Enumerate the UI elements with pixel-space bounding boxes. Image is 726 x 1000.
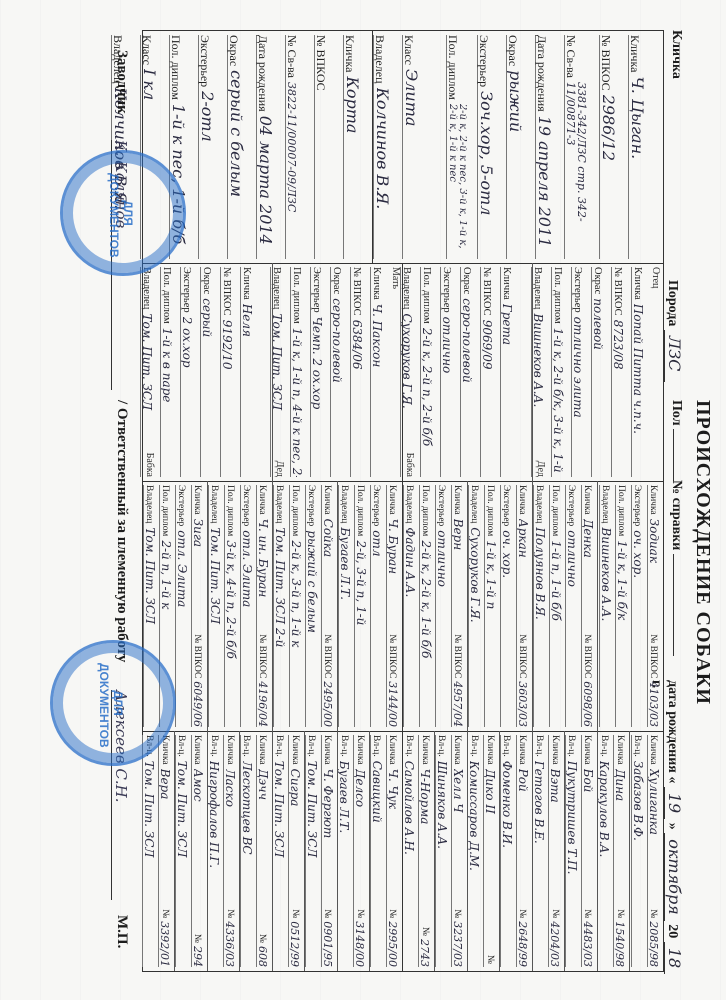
field: Пол. диплом2-й к, 2-й к, 1-й б/б bbox=[419, 485, 435, 727]
mother-dob-field: Дата рождения04 марта 2014 bbox=[256, 35, 285, 259]
field: ВладелецТом. Пит. ЗСЛ bbox=[270, 267, 290, 477]
field: № ВПКОС6384/06 bbox=[350, 267, 370, 477]
field: КличкаБой№4483/03 bbox=[581, 735, 597, 967]
field: Экстерьер2 ох.хор bbox=[180, 267, 200, 477]
field-value: отл. Элита bbox=[241, 530, 253, 727]
field: Пол. диплом1-й к, 1-й п, 4-й к пес, 2-й … bbox=[290, 267, 310, 477]
field-value: 1-й к в паре bbox=[161, 328, 173, 477]
field: КличкаДенка№ ВПКОС6098/06 bbox=[581, 485, 597, 727]
field-value: Пукутришев Т.П. bbox=[566, 761, 578, 967]
field-value: Чемп. 2 ох.хор bbox=[311, 317, 323, 477]
great-grandparent-block: КличкаЗодиак№ ВПКОС4103/03Экстерьероч. х… bbox=[598, 481, 663, 731]
father-svid-field: № Св-ва3381-342/ЛЗС стр. 342-11/00871-3 bbox=[564, 35, 599, 259]
field: Экстерьеротл. Элита bbox=[240, 485, 256, 727]
mother-color-field: Окрассерый с белым bbox=[227, 35, 256, 259]
field-value: оч. хор. bbox=[501, 530, 513, 727]
field: ВладелецВишнеков А.А. bbox=[531, 267, 551, 477]
great-great-grandparent-block: КличкаРой№2648/99Вл-ц.Фоменко В.И. bbox=[500, 731, 534, 971]
field: КличкаРой№2648/99 bbox=[516, 735, 532, 967]
field: Экстерьеротл bbox=[370, 485, 386, 727]
field: Вл-ц.Пукутришев Т.П. bbox=[565, 735, 581, 967]
field: КличкаХулиганка№2085/98 bbox=[647, 735, 663, 967]
father-block: КличкаЧ. Цыган. № ВПКОС2986/12 № Св-ва33… bbox=[433, 31, 663, 263]
field-value: Вэта bbox=[550, 769, 562, 907]
father-dob: 19 апреля 2011 bbox=[536, 116, 552, 259]
great-grandparent-block: КличкаВерн№ ВПКОС4957/04Экстерьеротлично… bbox=[402, 481, 468, 731]
header-sex-field: Пол bbox=[668, 400, 684, 481]
header-name-field: Кличка bbox=[668, 30, 684, 79]
great-great-grandparent-block: КличкаЧ-Норма№2743Вл-ц.Самойлов А.Н. bbox=[402, 731, 436, 971]
great-grandparent-block: КличкаЧ. ин. Буран№ ВПКОС4196/04Экстерье… bbox=[207, 481, 273, 731]
header-sex-value bbox=[673, 429, 674, 481]
field: КличкаДико II№ bbox=[484, 735, 500, 967]
field: Вл-ц.Забазов В.Ф. bbox=[631, 735, 647, 967]
field: КличкаХелл Ч№3237/03 bbox=[451, 735, 467, 967]
field-value: Денка bbox=[582, 519, 594, 632]
self-exterior-field: ЭкстерьерЗоч.хор, 5-отл bbox=[477, 35, 506, 259]
field: Пол. диплом1-й к, 1-й п bbox=[484, 485, 500, 727]
field-value: 2-й к, 2-й п, 2-й б/б bbox=[421, 328, 433, 477]
field: Вл-ц.Том. Пит. ЗСЛ bbox=[273, 735, 289, 967]
field: Окрассеро-полевой bbox=[460, 267, 480, 477]
field: Вл-ц.Гетогов В.Е. bbox=[533, 735, 549, 967]
header-ref-value bbox=[673, 554, 674, 656]
field-value: Гетогов В.Е. bbox=[534, 761, 546, 967]
self-exterior: Зоч.хор, 5-отл bbox=[478, 91, 494, 259]
field-value: Том. Пит. ЗСЛ bbox=[274, 761, 286, 967]
field: Вл-ц.Нигрофалов П.Г. bbox=[208, 735, 224, 967]
field-value: Бугаев Л.Т. bbox=[339, 761, 351, 967]
great-great-grandparent-block: КличкаДико II№Вл-ц.Комиссаров Д.М. bbox=[467, 731, 501, 971]
field: Пол. диплом2-й к, 3-й п, 1-й к bbox=[289, 485, 305, 727]
field-value: Том. Пит. ЗСЛ bbox=[209, 527, 221, 727]
parents-column: КличкаЧ. Цыган. № ВПКОС2986/12 № Св-ва33… bbox=[143, 31, 663, 264]
field-value: отл bbox=[371, 530, 383, 727]
field-value: Комиссаров Д.М. bbox=[469, 761, 481, 967]
father-color: рыжий bbox=[507, 70, 523, 259]
field-value: отлично bbox=[436, 530, 448, 727]
mother-svid: 3822-11/00007-09/ЛЗС bbox=[286, 82, 297, 259]
field-value: Попай Питта ч.п.ч. bbox=[632, 304, 644, 477]
field: КличкаЗига№ ВПКОС6049/06 bbox=[191, 485, 207, 727]
field: КличкаЧ. Паксон bbox=[370, 267, 390, 477]
field-value: Ч. ин. Буран bbox=[257, 519, 269, 632]
grandparent-block-father-father: ДедКличкаПопай Питта ч.п.ч.№ ВПКОС8723/0… bbox=[533, 263, 663, 481]
father-color-field: Окрасрыжий bbox=[506, 35, 535, 259]
field: Вл-ц.Шиняков А.А. bbox=[435, 735, 451, 967]
field-value: Хулиганка bbox=[648, 769, 660, 907]
field-value: 8723/08 bbox=[612, 320, 624, 477]
field-value: Грета bbox=[501, 304, 513, 477]
field-value: отлично bbox=[441, 317, 453, 477]
field-value: Ч. Буран bbox=[387, 519, 399, 632]
field-value: Дэчч bbox=[257, 769, 269, 931]
field-value: Дико II bbox=[485, 769, 497, 952]
field: ВладелецТом. Пит. ЗСЛ bbox=[140, 267, 160, 477]
field-value: Бой bbox=[582, 769, 594, 907]
field: № ВПКОС9069/09 bbox=[480, 267, 500, 477]
field: Окрассеро-полевой bbox=[330, 267, 350, 477]
father-class-owner: КлассЭлита ВладелецКолчинов В.Я. bbox=[381, 31, 431, 263]
field-value: 3-й к, 4-й п, 2-й б/б bbox=[225, 540, 237, 727]
grandparent-block-father-mother: БабкаКличкаГрета№ ВПКОС9069/09Окрассеро-… bbox=[402, 263, 533, 481]
field-value: Сойка bbox=[322, 519, 334, 632]
field-value: Том. Пит. ЗСЛ 2-й bbox=[274, 527, 286, 727]
mother-color: серый с белым bbox=[228, 70, 244, 259]
field-value: оч. хор. bbox=[632, 530, 644, 727]
mother-exterior-field: Экстерьер2-отл bbox=[198, 35, 227, 259]
field: Пол. диплом2-й, 3-й п, 1-й bbox=[354, 485, 370, 727]
field: № ВПКОС9192/10 bbox=[220, 267, 240, 477]
self-diploma-field: Пол. диплом2-й к, 2-й к пес, 3-й к, 1-й … bbox=[446, 35, 477, 259]
header-dob-day: 19 bbox=[664, 787, 684, 819]
field-value: отлично элита bbox=[572, 317, 584, 477]
great-great-grandparent-block: КличкаБой№4483/03Вл-ц.Пукутришев Т.П. bbox=[565, 731, 599, 971]
great-great-grandparent-block: КличкаДина№1540/98Вл-ц.Каракулов В.А. bbox=[597, 731, 631, 971]
field-value: Савицкий bbox=[371, 761, 383, 967]
field: Вл-ц.Лескотцев ВС bbox=[240, 735, 256, 967]
father-name-field: КличкаЧ. Цыган. bbox=[628, 35, 657, 259]
field: КличкаСойка№ ВПКОС2495/00 bbox=[321, 485, 337, 727]
header-dob-year: 18 bbox=[664, 942, 684, 974]
field: КличкаЧ-Норма№2743 bbox=[419, 735, 435, 967]
field: КличкаВера№3392/01 bbox=[159, 735, 175, 967]
field-value: Ч. Паксон bbox=[371, 304, 383, 477]
field-value: Хелл Ч bbox=[452, 769, 464, 907]
field-value: 9192/10 bbox=[221, 320, 233, 477]
field-value: Неля bbox=[241, 304, 253, 477]
field-value: 1-й к, 1-й п, 4-й к пес, 2-й б/б bbox=[291, 328, 303, 477]
field-value: 1-й к, 1-й п bbox=[485, 540, 497, 727]
header-dob-mid: » bbox=[665, 823, 680, 830]
great-grandparent-block: КличкаСойка№ ВПКОС2495/00Экстерьеррыжий … bbox=[272, 481, 338, 731]
field: КличкаЧ. Буран№ ВПКОС3144/00 bbox=[386, 485, 402, 727]
great-great-grandparent-block: КличкаХулиганка№2085/98Вл-ц.Забазов В.Ф. bbox=[631, 731, 664, 971]
great-great-grandparent-block: КличкаЧ. Чук№2995/00Вл-ц.Савицкий bbox=[370, 731, 404, 971]
header-breed-field: Порода ЛЗС bbox=[664, 280, 684, 382]
grandparent-block-mother-father: ДедКличкаЧ. Паксон№ ВПКОС6384/06Окрассер… bbox=[272, 263, 403, 481]
field-value: Ч. Фергют bbox=[322, 769, 334, 907]
field-value: 2-й к, 3-й п, 1-й к bbox=[290, 540, 302, 727]
field-value: Фоменко В.И. bbox=[501, 761, 513, 967]
father-owner: Колчинов В.Я. bbox=[374, 88, 390, 260]
field-value: Ласко bbox=[225, 769, 237, 907]
field: ВладелецБугаев Л.Т. bbox=[338, 485, 354, 727]
field: ВладелецФадин А.А. bbox=[403, 485, 419, 727]
field: Экстерьеротлично bbox=[565, 485, 581, 727]
field: Экстерьероч. хор. bbox=[500, 485, 516, 727]
field: Экстерьеротлично bbox=[440, 267, 460, 477]
field-value: Рой bbox=[517, 769, 529, 907]
field: Вл-ц.Том. Пит. ЗСЛ bbox=[175, 735, 191, 967]
father-name: Ч. Цыган. bbox=[629, 76, 645, 259]
mother-svid-field: № Св-ва3822-11/00007-09/ЛЗС bbox=[285, 35, 314, 259]
field: КличкаЛаско№4336/03 bbox=[224, 735, 240, 967]
field-value: отлично bbox=[566, 530, 578, 727]
field-value: Фадин А.А. bbox=[404, 527, 416, 727]
header-ref-label: № справки bbox=[669, 480, 684, 550]
field-value: Делсо bbox=[355, 769, 367, 907]
field: Вл-ц.Том. Пит. ЗСЛ bbox=[143, 735, 159, 967]
field: Вл-ц.Фоменко В.И. bbox=[500, 735, 516, 967]
grandparents-column: Отец Мать ДедКличкаПопай Питта ч.п.ч.№ В… bbox=[143, 263, 663, 482]
field: КличкаАмос№294 bbox=[191, 735, 207, 967]
field-value: серо-полевой bbox=[461, 298, 473, 477]
field: ВладелецСухоруков Г.Я. bbox=[400, 267, 420, 477]
field: Экстерьеррыжий с белым bbox=[305, 485, 321, 727]
field: Пол. диплом1-й п, 1-й б/б bbox=[549, 485, 565, 727]
header-breed-label: Порода bbox=[665, 280, 680, 326]
mother-exterior: 2-отл bbox=[199, 91, 215, 259]
field: КличкаНеля bbox=[240, 267, 260, 477]
great-grandparent-block: КличкаЧ. Буран№ ВПКОС3144/00Экстерьеротл… bbox=[337, 481, 403, 731]
great-grandparent-block: КличкаАркан№ ВПКОС3603/03Экстерьероч. хо… bbox=[467, 481, 533, 731]
field: Экстерьеротлично элита bbox=[571, 267, 591, 477]
pedigree-table: КличкаЧ. Цыган. № ВПКОС2986/12 № Св-ва33… bbox=[142, 30, 664, 972]
role-label: Дед bbox=[274, 461, 285, 477]
field-value: Амос bbox=[192, 769, 204, 931]
responsible-label: / Ответственный за племенную работу bbox=[113, 400, 130, 662]
field-value: рыжий с белым bbox=[306, 530, 318, 727]
field: ВладелецТом. Пит. ЗСЛ 2-й bbox=[273, 485, 289, 727]
field: Окрасполевой bbox=[591, 267, 611, 477]
field-value: серо-полевой bbox=[331, 298, 343, 477]
role-label: Бабка bbox=[144, 453, 155, 477]
role-label: Дед bbox=[535, 461, 546, 477]
breeder-label: Заводчик bbox=[113, 50, 130, 114]
field-value: Каракулов В.А. bbox=[599, 761, 611, 967]
field: КличкаЗодиак№ ВПКОС4103/03 bbox=[647, 485, 663, 727]
great-great-grandparent-block: КличкаВера№3392/01Вл-ц.Том. Пит. ЗСЛ bbox=[142, 731, 176, 971]
field: КличкаПопай Питта ч.п.ч. bbox=[631, 267, 651, 477]
field: Экстерьеротл. Элита bbox=[175, 485, 191, 727]
field-value: 2 ох.хор bbox=[181, 317, 193, 477]
field-value: Том. Пит. ЗСЛ bbox=[144, 761, 156, 967]
field-value: Том. Пит. ЗСЛ bbox=[176, 761, 188, 967]
field-value: Вера bbox=[160, 769, 172, 907]
field-value: полевой bbox=[592, 298, 604, 477]
field: КличкаЧ. Фергют№0901/95 bbox=[321, 735, 337, 967]
field: КличкаВэта№4204/03 bbox=[549, 735, 565, 967]
field: Пол. диплом3-й к, 4-й п, 2-й б/б bbox=[224, 485, 240, 727]
field-value: Бугаев Л.Т. bbox=[339, 527, 351, 727]
great-great-grandparent-block: КличкаВэта№4204/03Вл-ц.Гетогов В.Е. bbox=[532, 731, 566, 971]
field-value: Ч-Норма bbox=[420, 769, 432, 924]
field: Пол. диплом1-й к, 1-й б/к bbox=[615, 485, 631, 727]
field-value: Сухоруков Г.Я. bbox=[469, 527, 481, 727]
header-name-label: Кличка bbox=[669, 30, 684, 79]
father-vpkos-field: № ВПКОС2986/12 bbox=[599, 35, 628, 259]
mother-name: Корта bbox=[344, 76, 360, 259]
father-vpkos: 2986/12 bbox=[600, 95, 616, 259]
great-great-grandparent-block: КличкаЛаско№4336/03Вл-ц.Нигрофалов П.Г. bbox=[207, 731, 241, 971]
role-label: Бабка bbox=[404, 453, 415, 477]
field-value: Зодиак bbox=[648, 519, 660, 632]
great-great-grandparent-block: КличкаДэчч№608Вл-ц.Лескотцев ВС bbox=[240, 731, 274, 971]
stamp-right: ДЛЯ ДОКУМЕНТОВ bbox=[50, 640, 176, 766]
field: Вл-ц.Самойлов А.Н. bbox=[403, 735, 419, 967]
great-grandparents-column: КличкаЗодиак№ ВПКОС4103/03Экстерьероч. х… bbox=[143, 481, 663, 732]
father-svid: 3381-342/ЛЗС стр. 342-11/00871-3 bbox=[565, 82, 587, 259]
grandparent-block-mother-mother: БабкаКличкаНеля№ ВПКОС9192/10ОкрассерыйЭ… bbox=[142, 263, 273, 481]
field: Пол. диплом1-й к в паре bbox=[160, 267, 180, 477]
field: Экстерьеротлично bbox=[435, 485, 451, 727]
self-diploma: 2-й к, 2-й к пес, 3-й к, 1-й к, 2-й к, 1… bbox=[447, 104, 467, 259]
field: ВладелецТом. Пит. ЗСЛ bbox=[208, 485, 224, 727]
field-value: Верн bbox=[452, 519, 464, 632]
field-value: 2-й к, 2-й к, 1-й б/б bbox=[420, 540, 432, 727]
field-value: Вишнеков А.А. bbox=[600, 527, 612, 727]
stamp-place-label: М.П. bbox=[113, 915, 130, 948]
field: КличкаЧ. ин. Буран№ ВПКОС4196/04 bbox=[256, 485, 272, 727]
pedigree-document: ПРОИСХОЖДЕНИЕ СОБАКИ Кличка Порода ЛЗС П… bbox=[0, 0, 726, 1000]
field: Окрассерый bbox=[200, 267, 220, 477]
mother-name-field: КличкаКорта bbox=[343, 35, 372, 259]
field: Пол. диплом2-й к, 2-й п, 2-й б/б bbox=[420, 267, 440, 477]
field: Пол. диплом1-й к, 2-й б/к, 3-й к, 1-й п bbox=[551, 267, 571, 477]
field-value: Дина bbox=[615, 769, 627, 907]
field-value: Самойлов А.Н. bbox=[404, 761, 416, 967]
field-value: 9069/09 bbox=[481, 320, 493, 477]
field: Вл-ц.Каракулов В.А. bbox=[598, 735, 614, 967]
header-dob-month: октября bbox=[664, 833, 684, 921]
field-value: Том. Пит. ЗСЛ bbox=[306, 761, 318, 967]
field-value: Лескотцев ВС bbox=[241, 761, 253, 967]
field: КличкаДелсо№3148/00 bbox=[354, 735, 370, 967]
field-value: 1-й к, 1-й б/к bbox=[616, 540, 628, 727]
great-great-grandparent-block: КличкаЧ. Фергют№0901/95Вл-ц.Том. Пит. ЗС… bbox=[305, 731, 339, 971]
field-value: 6384/06 bbox=[351, 320, 363, 477]
field: Вл-ц.Савицкий bbox=[370, 735, 386, 967]
father-class: Элита bbox=[403, 69, 419, 259]
field-value: Вишнеков А.А. bbox=[532, 313, 544, 477]
field: ВладелецПолуянов В.Я. bbox=[533, 485, 549, 727]
great-great-grandparent-block: КличкаДелсо№3148/00Вл-ц.Бугаев Л.Т. bbox=[337, 731, 371, 971]
field-value: Шиняков А.А. bbox=[436, 761, 448, 967]
document-header: ПРОИСХОЖДЕНИЕ СОБАКИ Кличка Порода ЛЗС П… bbox=[660, 30, 718, 980]
field: ЭкстерьерЧемп. 2 ох.хор bbox=[310, 267, 330, 477]
header-sex-label: Пол bbox=[669, 400, 684, 426]
header-dob-year-prefix: 20 bbox=[665, 924, 680, 938]
great-great-grandparent-block: КличкаХелл Ч№3237/03Вл-ц.Шиняков А.А. bbox=[435, 731, 469, 971]
field: Вл-ц.Бугаев Л.Т. bbox=[338, 735, 354, 967]
field-value: 1-й п, 1-й б/б bbox=[550, 540, 562, 727]
great-great-grandparent-block: КличкаСигра№0512/99Вл-ц.Том. Пит. ЗСЛ bbox=[272, 731, 306, 971]
field-value: Ч. Чук bbox=[387, 769, 399, 907]
field-value: Полуянов В.Я. bbox=[534, 527, 546, 727]
document-title: ПРОИСХОЖДЕНИЕ СОБАКИ bbox=[691, 400, 714, 705]
field: КличкаСигра№0512/99 bbox=[289, 735, 305, 967]
field-value: Сигра bbox=[290, 769, 302, 907]
field-value: Зига bbox=[192, 519, 204, 632]
field: КличкаВерн№ ВПКОС4957/04 bbox=[451, 485, 467, 727]
mother-vpkos-field: № ВПКОС bbox=[314, 35, 343, 259]
field: Вл-ц.Комиссаров Д.М. bbox=[468, 735, 484, 967]
header-dob-label: дата рождения « bbox=[665, 680, 680, 783]
field: ВладелецСухоруков Г.Я. bbox=[468, 485, 484, 727]
field: КличкаАркан№ ВПКОС3603/03 bbox=[516, 485, 532, 727]
field: ВладелецВишнеков А.А. bbox=[599, 485, 615, 727]
great-great-grandparents-column: КличкаХулиганка№2085/98Вл-ц.Забазов В.Ф.… bbox=[143, 731, 663, 971]
field: КличкаДина№1540/98 bbox=[614, 735, 630, 967]
header-breed-value: ЛЗС bbox=[664, 330, 684, 382]
great-grandparent-block: КличкаДенка№ ВПКОС6098/06Экстерьеротличн… bbox=[532, 481, 598, 731]
field-value: серый bbox=[201, 298, 213, 477]
mother-dob: 04 марта 2014 bbox=[257, 116, 273, 259]
stamp-left: ДЛЯ ДОКУМЕНТОВ bbox=[60, 150, 186, 276]
field: № ВПКОС8723/08 bbox=[611, 267, 631, 477]
field: КличкаЧ. Чук№2995/00 bbox=[386, 735, 402, 967]
field-value: 2-й, 3-й п, 1-й bbox=[355, 540, 367, 727]
great-great-grandparent-block: КличкаАмос№294Вл-ц.Том. Пит. ЗСЛ bbox=[175, 731, 209, 971]
field: Вл-ц.Том. Пит. ЗСЛ bbox=[305, 735, 321, 967]
field-value: Забазов В.Ф. bbox=[632, 761, 644, 967]
field: КличкаДэчч№608 bbox=[256, 735, 272, 967]
field-value: Нигрофалов П.Г. bbox=[209, 761, 221, 967]
field: Экстерьероч. хор. bbox=[631, 485, 647, 727]
field-value: Аркан bbox=[517, 519, 529, 632]
field-value: 1-й к, 2-й б/к, 3-й к, 1-й п bbox=[552, 328, 564, 477]
field-value: отл. Элита bbox=[176, 530, 188, 727]
header-ref-field: № справки bbox=[668, 480, 684, 656]
father-dob-field: Дата рождения19 апреля 2011 bbox=[535, 35, 564, 259]
field: КличкаГрета bbox=[500, 267, 520, 477]
